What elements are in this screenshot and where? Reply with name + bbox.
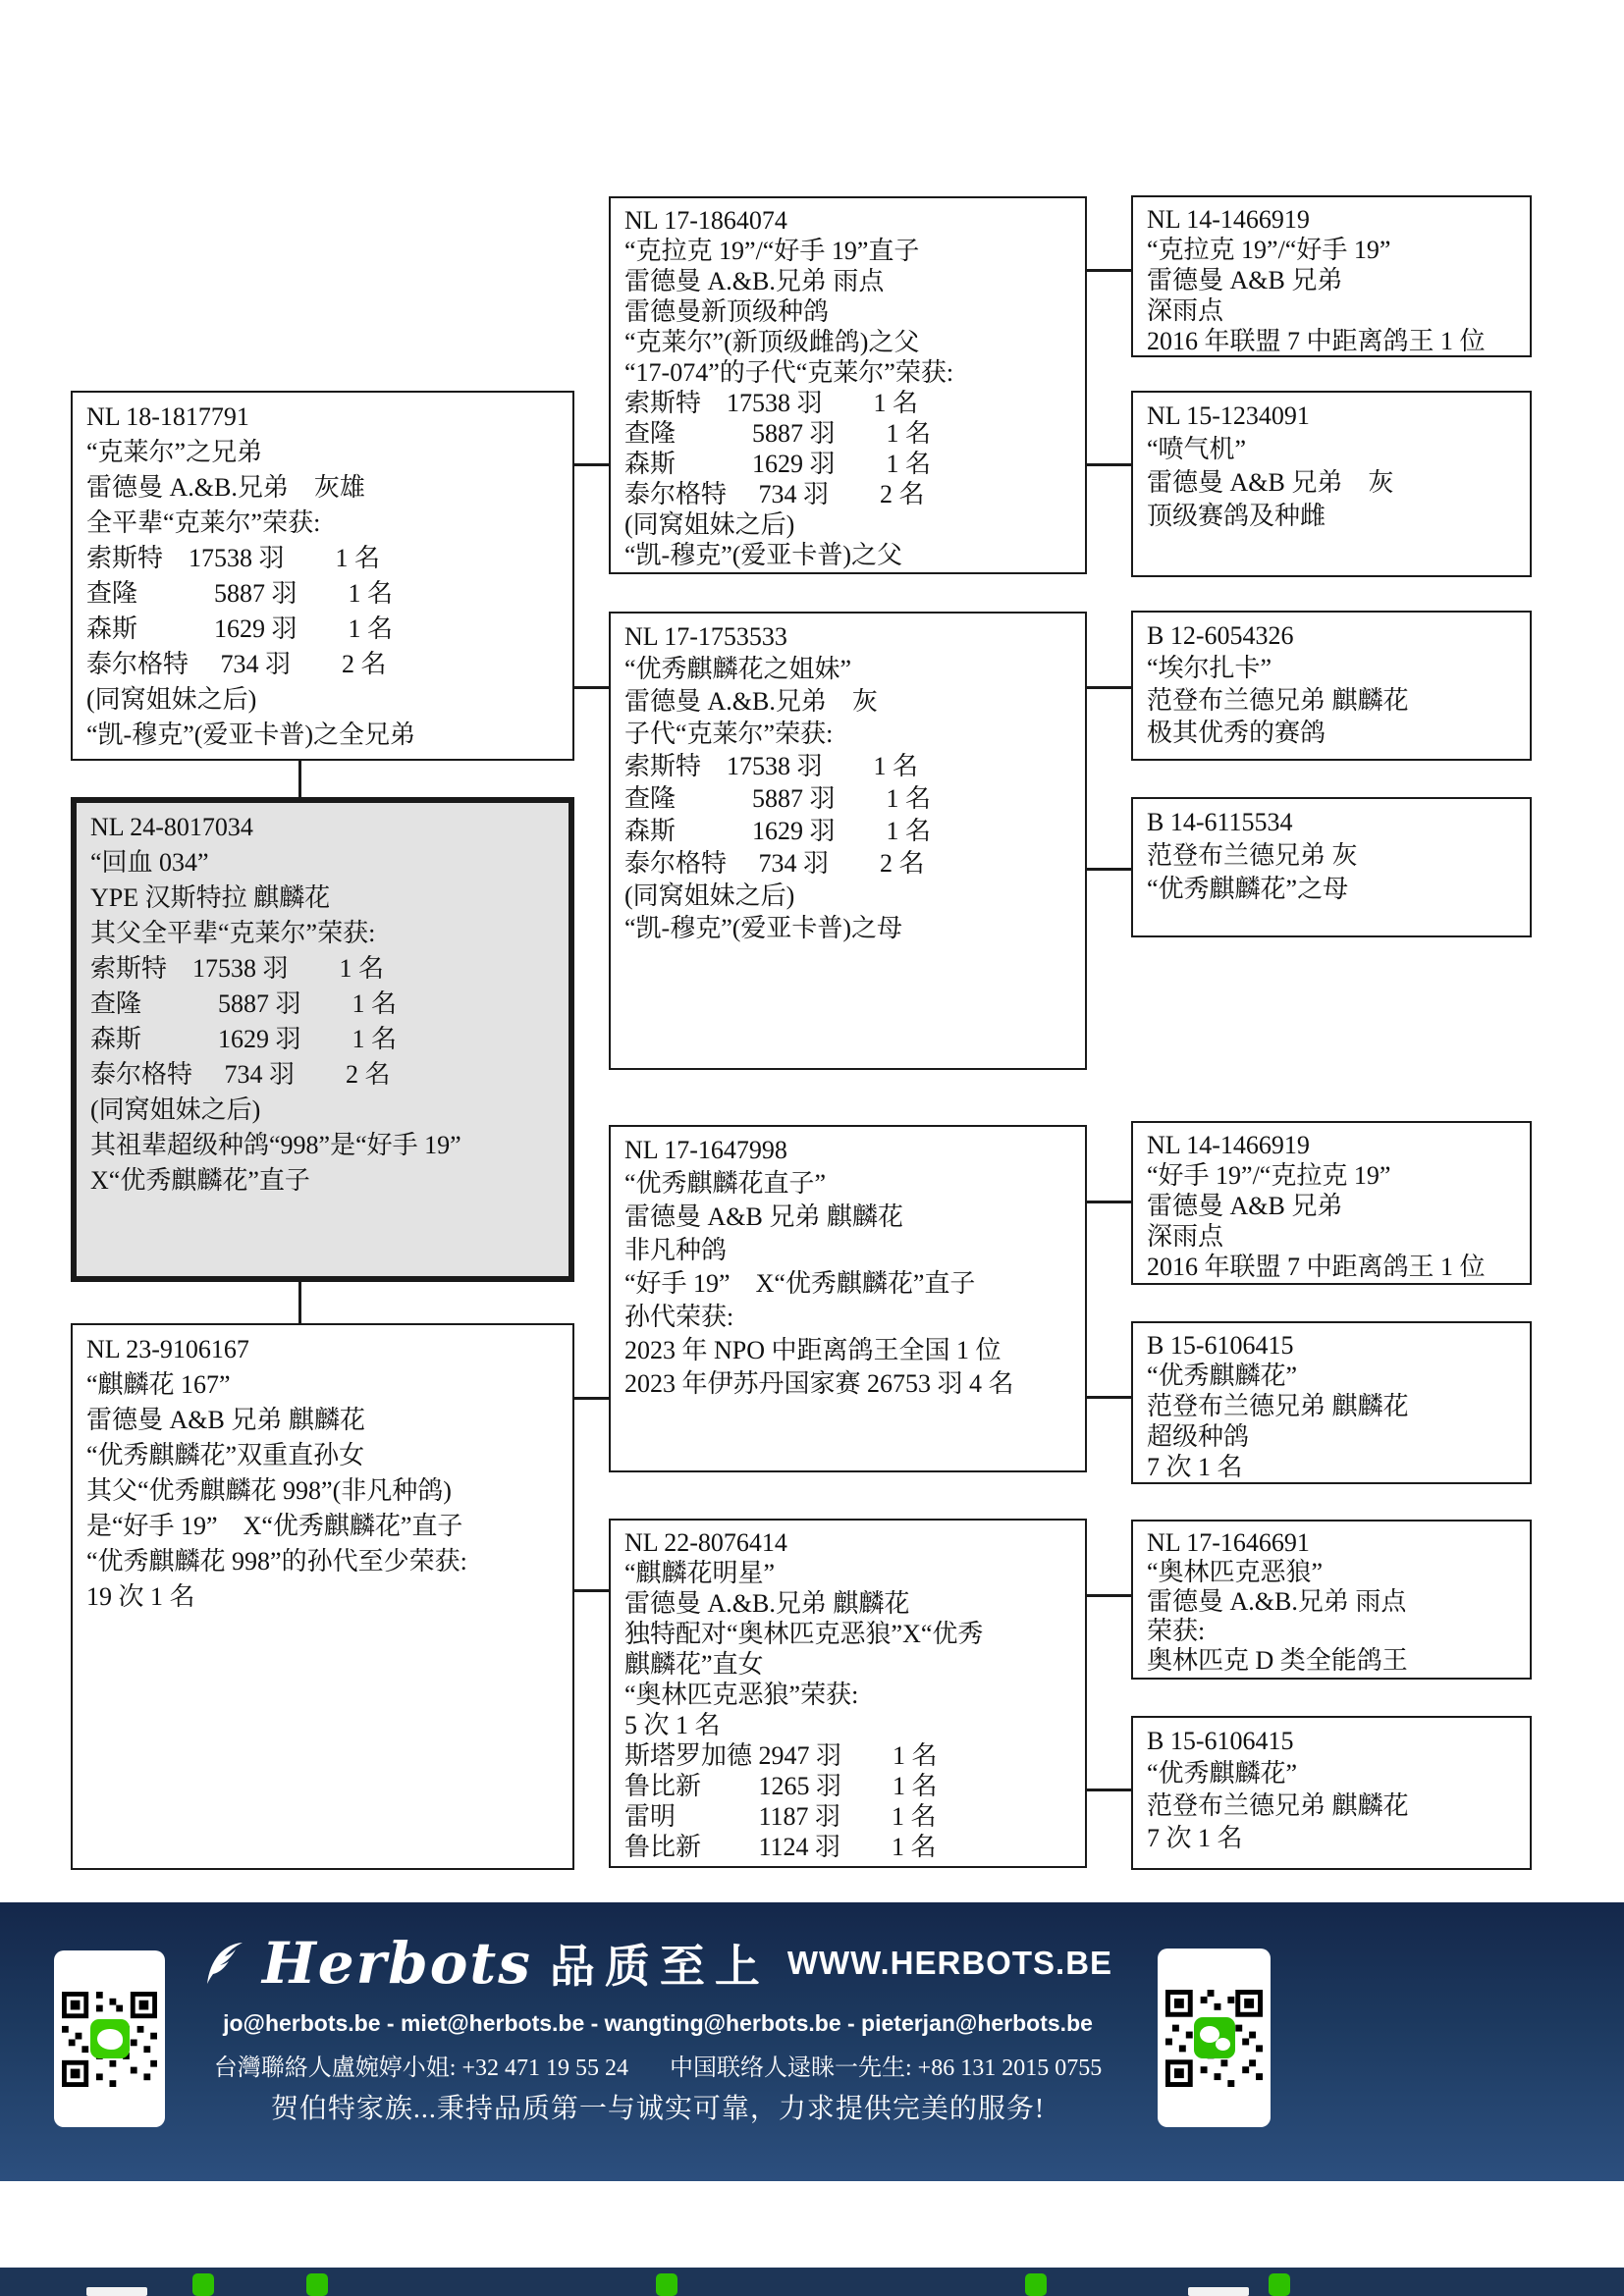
text-line: “埃尔扎卡” <box>1147 652 1518 684</box>
connector-ff-fff <box>1087 269 1131 272</box>
pedigree-page: NL 18-1817791“克莱尔”之兄弟雷德曼 A.&B.兄弟 灰雄全平辈“克… <box>0 0 1624 2296</box>
connector-fm-fmm <box>1087 868 1131 871</box>
text-line: NL 15-1234091 <box>1147 400 1518 433</box>
text-line: “优秀麒麟花之姐妹” <box>624 653 1073 685</box>
text-line: 独特配对“奥林匹克恶狼”X“优秀 <box>624 1619 1073 1649</box>
text-line: B 12-6054326 <box>1147 619 1518 652</box>
text-line: 2016 年联盟 7 中距离鸽王 1 位 <box>1147 1252 1518 1282</box>
text-line: 荣获: <box>1147 1617 1518 1646</box>
brand-row: Herbots 品质至上 WWW.HERBOTS.BE <box>187 1928 1129 1999</box>
text-line: “凯-穆克”(爱亚卡普)之全兄弟 <box>86 718 561 753</box>
text-line: 2023 年 NPO 中距离鸽王全国 1 位 <box>624 1334 1073 1367</box>
brand-logo-text: Herbots <box>262 1934 532 1993</box>
text-line: 雷德曼 A&B 兄弟 灰 <box>1147 466 1518 500</box>
text-line: NL 18-1817791 <box>86 400 561 435</box>
text-line: NL 17-1646691 <box>1147 1528 1518 1558</box>
text-line: “优秀麒麟花”之母 <box>1147 873 1518 906</box>
text-line: 泰尔格特 734 羽 2 名 <box>624 847 1073 880</box>
text-line: “麒麟花明星” <box>624 1558 1073 1588</box>
connector-father-fm <box>574 686 609 689</box>
footer-banner: Herbots 品质至上 WWW.HERBOTS.BE jo@herbots.b… <box>0 1902 1624 2181</box>
connector-mm-mmm <box>1087 1789 1131 1791</box>
text-line: (同窝姐妹之后) <box>90 1093 557 1128</box>
brand-slogan-cn: 品质至上 <box>550 1931 770 1996</box>
text-line: 森斯 1629 羽 1 名 <box>90 1022 557 1057</box>
text-line: “克拉克 19”/“好手 19”直子 <box>624 236 1073 266</box>
text-line: 其父全平辈“克莱尔”荣获: <box>90 916 557 951</box>
box-mm: NL 22-8076414“麒麟花明星”雷德曼 A.&B.兄弟 麒麟花独特配对“… <box>609 1519 1087 1868</box>
box-mf: NL 17-1647998“优秀麒麟花直子”雷德曼 A&B 兄弟 麒麟花非凡种鸽… <box>609 1125 1087 1472</box>
footer-content: Herbots 品质至上 WWW.HERBOTS.BE jo@herbots.b… <box>187 1902 1129 2181</box>
connector-father-ff <box>574 463 609 466</box>
text-line: “克莱尔”(新顶级雌鸽)之父 <box>624 327 1073 357</box>
text-line: “优秀麒麟花 998”的孙代至少荣获: <box>86 1544 561 1579</box>
text-line: 顶级赛鸽及种雌 <box>1147 500 1518 533</box>
text-line: 泰尔格特 734 羽 2 名 <box>624 479 1073 509</box>
text-line: 超级种鸽 <box>1147 1421 1518 1452</box>
connector-mother-mf <box>574 1397 609 1400</box>
box-father: NL 18-1817791“克莱尔”之兄弟雷德曼 A.&B.兄弟 灰雄全平辈“克… <box>71 391 574 761</box>
text-line: 孙代荣获: <box>624 1301 1073 1334</box>
text-line: YPE 汉斯特拉 麒麟花 <box>90 881 557 916</box>
text-line: 7 次 1 名 <box>1147 1822 1518 1854</box>
partial-qr-tip <box>86 2287 147 2296</box>
text-line: NL 17-1864074 <box>624 205 1073 236</box>
text-line: “奥林匹克恶狼” <box>1147 1558 1518 1587</box>
text-line: 索斯特 17538 羽 1 名 <box>90 951 557 987</box>
wechat-icon <box>1194 2017 1235 2058</box>
text-line: “优秀麒麟花”双重直孙女 <box>86 1438 561 1473</box>
line-qr-code <box>54 1950 165 2127</box>
partial-green-icon <box>306 2273 328 2296</box>
text-line: 鲁比新 1265 羽 1 名 <box>624 1771 1073 1801</box>
partial-qr-tip <box>1188 2287 1249 2296</box>
footer-slogan: 贺伯特家族...秉持品质第一与诚实可靠，力求提供完美的服务! <box>187 2087 1129 2126</box>
text-line: 雷德曼 A&B 兄弟 <box>1147 265 1518 295</box>
phone-line: 台灣聯絡人盧婉婷小姐: +32 471 19 55 24 中国联络人逯睐一先生:… <box>187 2048 1129 2082</box>
text-line: 深雨点 <box>1147 1221 1518 1252</box>
text-line: NL 14-1466919 <box>1147 204 1518 235</box>
box-mfm: B 15-6106415“优秀麒麟花”范登布兰德兄弟 麒麟花超级种鸽7 次 1 … <box>1131 1321 1532 1484</box>
box-mmm: B 15-6106415“优秀麒麟花”范登布兰德兄弟 麒麟花7 次 1 名 <box>1131 1716 1532 1870</box>
wechat-qr-code <box>1158 1949 1271 2127</box>
text-line: 索斯特 17538 羽 1 名 <box>624 388 1073 418</box>
website-url: WWW.HERBOTS.BE <box>787 1945 1112 1982</box>
box-fmf: B 12-6054326“埃尔扎卡”范登布兰德兄弟 麒麟花极其优秀的赛鸽 <box>1131 611 1532 761</box>
text-line: 全平辈“克莱尔”荣获: <box>86 506 561 541</box>
text-line: “优秀麒麟花” <box>1147 1361 1518 1391</box>
line-icon <box>90 2019 130 2058</box>
connector-subject-mother <box>298 1282 301 1323</box>
text-line: 是“好手 19” X“优秀麒麟花”直子 <box>86 1509 561 1544</box>
text-line: 泰尔格特 734 羽 2 名 <box>86 647 561 682</box>
partial-green-icon <box>192 2273 214 2296</box>
text-line: 19 次 1 名 <box>86 1579 561 1615</box>
text-line: B 14-6115534 <box>1147 806 1518 839</box>
text-line: 鲁比新 1124 羽 1 名 <box>624 1832 1073 1862</box>
text-line: 奥林匹克 D 类全能鸽王 <box>1147 1646 1518 1676</box>
box-subject: NL 24-8017034“回血 034”YPE 汉斯特拉 麒麟花其父全平辈“克… <box>71 797 574 1282</box>
box-ff: NL 17-1864074“克拉克 19”/“好手 19”直子雷德曼 A.&B.… <box>609 196 1087 574</box>
email-line: jo@herbots.be - miet@herbots.be - wangti… <box>187 2010 1129 2037</box>
text-line: 其父“优秀麒麟花 998”(非凡种鸽) <box>86 1473 561 1509</box>
text-line: 麒麟花”直女 <box>624 1649 1073 1680</box>
text-line: 非凡种鸽 <box>624 1234 1073 1267</box>
text-line: 范登布兰德兄弟 麒麟花 <box>1147 1789 1518 1822</box>
contact-taiwan: 台灣聯絡人盧婉婷小姐: +32 471 19 55 24 <box>214 2048 628 2082</box>
text-line: X“优秀麒麟花”直子 <box>90 1163 557 1199</box>
text-line: (同窝姐妹之后) <box>624 880 1073 912</box>
text-line: B 15-6106415 <box>1147 1725 1518 1757</box>
partial-green-icon <box>1269 2273 1290 2296</box>
bottom-partial-banner <box>0 2268 1624 2296</box>
text-line: 雷明 1187 羽 1 名 <box>624 1801 1073 1832</box>
text-line: (同窝姐妹之后) <box>624 509 1073 540</box>
text-line: (同窝姐妹之后) <box>86 682 561 718</box>
box-mff: NL 14-1466919“好手 19”/“克拉克 19”雷德曼 A&B 兄弟深… <box>1131 1121 1532 1285</box>
text-line: 雷德曼 A&B 兄弟 <box>1147 1191 1518 1221</box>
text-line: 森斯 1629 羽 1 名 <box>86 612 561 647</box>
box-mmf: NL 17-1646691“奥林匹克恶狼”雷德曼 A.&B.兄弟 雨点荣获:奥林… <box>1131 1520 1532 1680</box>
text-line: 雷德曼 A&B 兄弟 麒麟花 <box>624 1201 1073 1234</box>
connector-mm-mmf <box>1087 1594 1131 1597</box>
text-line: 斯塔罗加德 2947 羽 1 名 <box>624 1740 1073 1771</box>
text-line: NL 22-8076414 <box>624 1527 1073 1558</box>
text-line: 索斯特 17538 羽 1 名 <box>624 750 1073 782</box>
text-line: “17-074”的子代“克莱尔”荣获: <box>624 357 1073 388</box>
text-line: 查隆 5887 羽 1 名 <box>90 987 557 1022</box>
text-line: 范登布兰德兄弟 麒麟花 <box>1147 684 1518 717</box>
text-line: 泰尔格特 734 羽 2 名 <box>90 1057 557 1093</box>
text-line: NL 24-8017034 <box>90 810 557 845</box>
feather-icon <box>203 1941 244 1986</box>
connector-mother-mm <box>574 1589 609 1592</box>
text-line: 极其优秀的赛鸽 <box>1147 717 1518 749</box>
text-line: 查隆 5887 羽 1 名 <box>86 576 561 612</box>
partial-green-icon <box>656 2273 677 2296</box>
text-line: “优秀麒麟花” <box>1147 1757 1518 1789</box>
text-line: 查隆 5887 羽 1 名 <box>624 782 1073 815</box>
connector-mf-mfm <box>1087 1396 1131 1399</box>
text-line: NL 17-1647998 <box>624 1134 1073 1167</box>
text-line: 7 次 1 名 <box>1147 1452 1518 1482</box>
text-line: “奥林匹克恶狼”荣获: <box>624 1680 1073 1710</box>
text-line: 深雨点 <box>1147 295 1518 326</box>
text-line: 雷德曼 A.&B.兄弟 麒麟花 <box>624 1588 1073 1619</box>
text-line: 雷德曼 A.&B.兄弟 雨点 <box>624 266 1073 296</box>
box-fm: NL 17-1753533“优秀麒麟花之姐妹”雷德曼 A.&B.兄弟 灰子代“克… <box>609 612 1087 1070</box>
connector-mf-mff <box>1087 1201 1131 1203</box>
text-line: NL 23-9106167 <box>86 1332 561 1367</box>
box-fmm: B 14-6115534范登布兰德兄弟 灰“优秀麒麟花”之母 <box>1131 797 1532 937</box>
text-line: 雷德曼新顶级种鸽 <box>624 296 1073 327</box>
text-line: “克莱尔”之兄弟 <box>86 435 561 470</box>
text-line: 雷德曼 A.&B.兄弟 灰 <box>624 685 1073 718</box>
box-mother: NL 23-9106167“麒麟花 167”雷德曼 A&B 兄弟 麒麟花“优秀麒… <box>71 1323 574 1870</box>
text-line: “好手 19” X“优秀麒麟花”直子 <box>624 1267 1073 1301</box>
text-line: 索斯特 17538 羽 1 名 <box>86 541 561 576</box>
text-line: B 15-6106415 <box>1147 1330 1518 1361</box>
text-line: 森斯 1629 羽 1 名 <box>624 815 1073 847</box>
text-line: 森斯 1629 羽 1 名 <box>624 449 1073 479</box>
text-line: “好手 19”/“克拉克 19” <box>1147 1160 1518 1191</box>
text-line: “麒麟花 167” <box>86 1367 561 1403</box>
text-line: 2016 年联盟 7 中距离鸽王 1 位 <box>1147 326 1518 356</box>
box-ffm: NL 15-1234091“喷气机”雷德曼 A&B 兄弟 灰顶级赛鸽及种雌 <box>1131 391 1532 577</box>
box-fff: NL 14-1466919“克拉克 19”/“好手 19”雷德曼 A&B 兄弟深… <box>1131 195 1532 357</box>
text-line: NL 14-1466919 <box>1147 1130 1518 1160</box>
text-line: 范登布兰德兄弟 麒麟花 <box>1147 1391 1518 1421</box>
text-line: 子代“克莱尔”荣获: <box>624 718 1073 750</box>
text-line: “凯-穆克”(爱亚卡普)之母 <box>624 912 1073 944</box>
text-line: “回血 034” <box>90 845 557 881</box>
partial-green-icon <box>1025 2273 1047 2296</box>
text-line: “凯-穆克”(爱亚卡普)之父 <box>624 540 1073 570</box>
text-line: 2023 年伊苏丹国家赛 26753 羽 4 名 <box>624 1367 1073 1401</box>
connector-ff-ffm <box>1087 463 1131 466</box>
text-line: “喷气机” <box>1147 433 1518 466</box>
text-line: 雷德曼 A.&B.兄弟 雨点 <box>1147 1587 1518 1617</box>
connector-fm-fmf <box>1087 686 1131 689</box>
text-line: 雷德曼 A&B 兄弟 麒麟花 <box>86 1403 561 1438</box>
connector-father-subject <box>298 761 301 797</box>
text-line: 其祖辈超级种鸽“998”是“好手 19” <box>90 1128 557 1163</box>
text-line: 查隆 5887 羽 1 名 <box>624 418 1073 449</box>
contact-china: 中国联络人逯睐一先生: +86 131 2015 0755 <box>670 2048 1102 2082</box>
text-line: 雷德曼 A.&B.兄弟 灰雄 <box>86 470 561 506</box>
text-line: NL 17-1753533 <box>624 620 1073 653</box>
text-line: 5 次 1 名 <box>624 1710 1073 1740</box>
text-line: “优秀麒麟花直子” <box>624 1167 1073 1201</box>
text-line: 范登布兰德兄弟 灰 <box>1147 839 1518 873</box>
text-line: “克拉克 19”/“好手 19” <box>1147 235 1518 265</box>
